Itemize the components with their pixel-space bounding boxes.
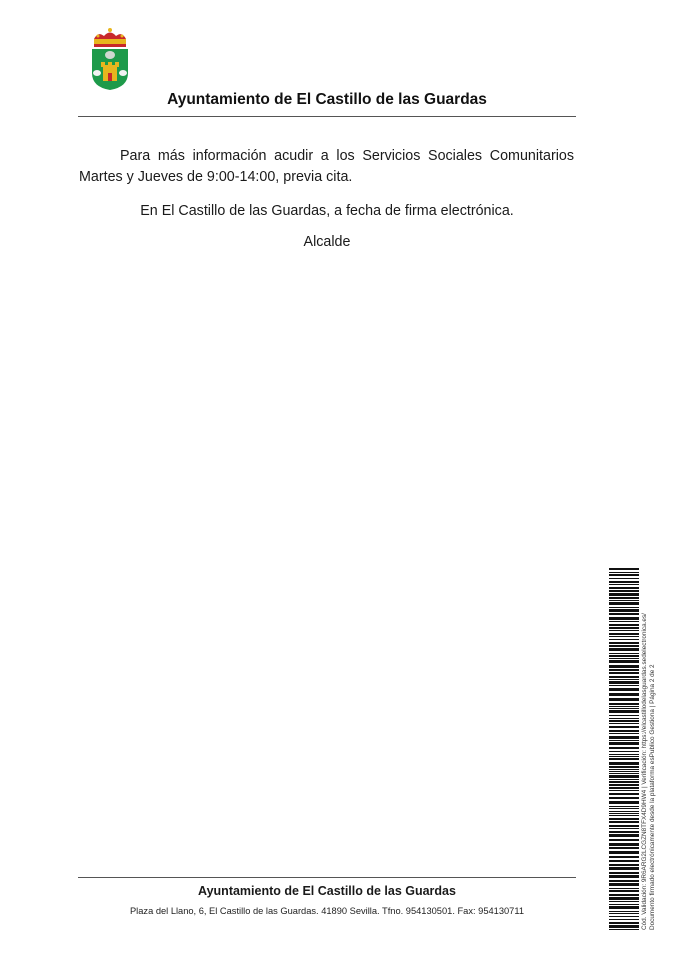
validation-text: Cód. Validación: 9R6ARG2LCGZN8TFX4D9HW4 … [641, 568, 657, 930]
barcode-icon [609, 568, 639, 930]
footer-divider [78, 877, 576, 878]
info-line-1: Para más información acudir a los Servic… [79, 146, 574, 167]
validation-line-2: Documento firmado electrónicamente desde… [649, 568, 657, 930]
signatory: Alcalde [78, 234, 576, 250]
info-paragraph: Para más información acudir a los Servic… [79, 146, 574, 188]
header-title: Ayuntamiento de El Castillo de las Guard… [78, 91, 576, 109]
place-date: En El Castillo de las Guardas, a fecha d… [78, 203, 576, 219]
footer-address: Plaza del Llano, 6, El Castillo de las G… [78, 906, 576, 916]
footer-title: Ayuntamiento de El Castillo de las Guard… [78, 884, 576, 898]
header-divider [78, 116, 576, 117]
info-line-2: Martes y Jueves de 9:00-14:00, previa ci… [79, 169, 352, 185]
coat-of-arms-icon [88, 27, 132, 91]
validation-line-1: Cód. Validación: 9R6ARG2LCGZN8TFX4D9HW4 … [641, 568, 649, 930]
